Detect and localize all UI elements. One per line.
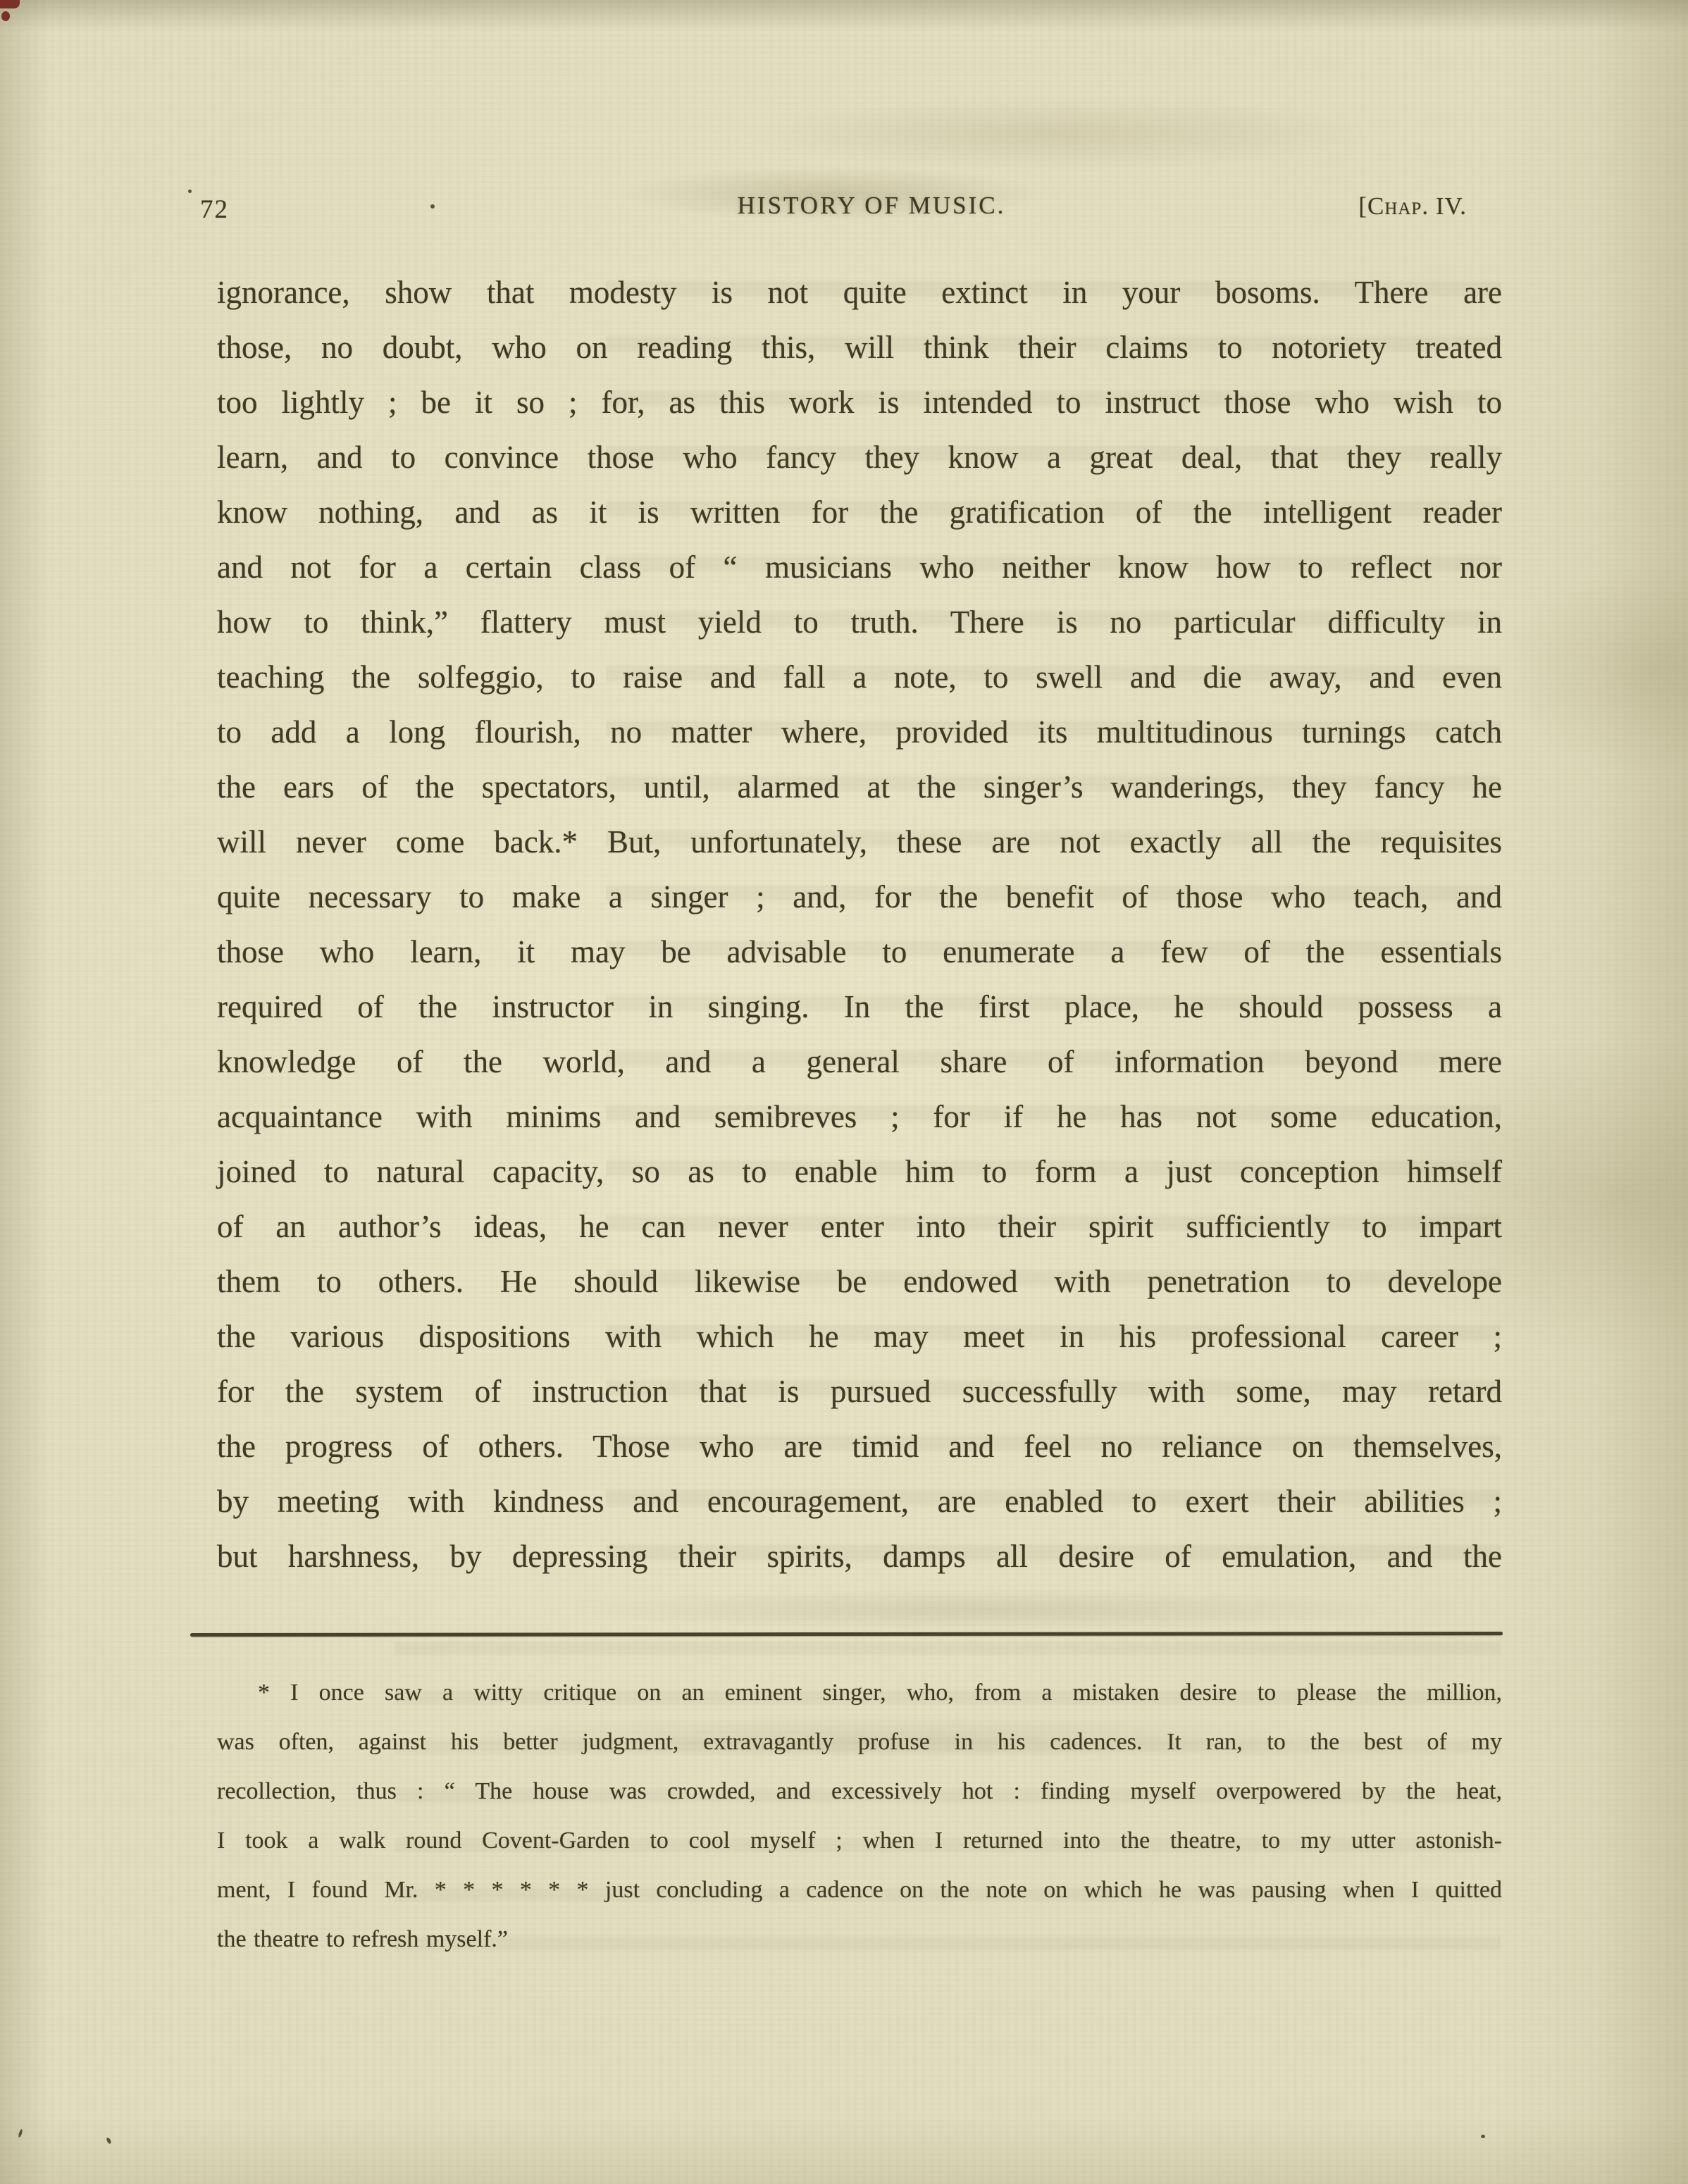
text-line: of an author’s ideas, he can never enter… xyxy=(217,1199,1502,1254)
running-header: 72 HISTORY OF MUSIC. [Chap. IV. xyxy=(0,0,1688,240)
text-line: and not for a certain class of “ musicia… xyxy=(217,540,1502,595)
text-line: too lightly ; be it so ; for, as this wo… xyxy=(217,375,1502,430)
footnote-separator-rule xyxy=(190,1632,1503,1637)
book-page: 72 HISTORY OF MUSIC. [Chap. IV. ignoranc… xyxy=(0,0,1688,2184)
footnote-line: was often, against his better judgment, … xyxy=(217,1718,1502,1767)
text-line: those, no doubt, who on reading this, wi… xyxy=(217,320,1502,375)
text-line: the ears of the spectators, until, alarm… xyxy=(217,759,1502,814)
text-line: how to think,” flattery must yield to tr… xyxy=(217,595,1502,650)
footnote: * I once saw a witty critique on an emin… xyxy=(217,1668,1502,1964)
scan-edge-artifact xyxy=(0,0,20,8)
text-line: those who learn, it may be advisable to … xyxy=(217,924,1502,979)
text-line: for the system of instruction that is pu… xyxy=(217,1364,1502,1419)
footnote-line: ment, I found Mr. * * * * * * just concl… xyxy=(217,1866,1502,1915)
paper-speck xyxy=(188,190,192,193)
text-line: teaching the solfeggio, to raise and fal… xyxy=(217,650,1502,705)
text-line: the various dispositions with which he m… xyxy=(217,1309,1502,1364)
text-line: learn, and to convince those who fancy t… xyxy=(217,430,1502,485)
text-line: the progress of others. Those who are ti… xyxy=(217,1419,1502,1474)
paper-speck xyxy=(18,2129,23,2138)
text-line: by meeting with kindness and encourageme… xyxy=(217,1474,1502,1529)
text-line: quite necessary to make a singer ; and, … xyxy=(217,869,1502,924)
text-line: required of the instructor in singing. I… xyxy=(217,979,1502,1034)
footnote-line: recollection, thus : “ The house was cro… xyxy=(217,1767,1502,1816)
paper-speck xyxy=(1481,2135,1485,2138)
paper-speck xyxy=(430,204,435,209)
text-line: them to others. He should likewise be en… xyxy=(217,1254,1502,1309)
body-text: ignorance, show that modesty is not quit… xyxy=(217,265,1502,1584)
text-line: will never come back.* But, unfortunatel… xyxy=(217,814,1502,869)
chapter-label: [Chap. IV. xyxy=(1358,192,1467,221)
text-line: but harshness, by depressing their spiri… xyxy=(217,1529,1502,1584)
text-line: ignorance, show that modesty is not quit… xyxy=(217,265,1502,320)
footnote-line: I took a walk round Covent-Garden to coo… xyxy=(217,1816,1502,1866)
footnote-line: the theatre to refresh myself.” xyxy=(217,1915,1502,1964)
text-line: joined to natural capacity, so as to ena… xyxy=(217,1144,1502,1199)
text-line: to add a long flourish, no matter where,… xyxy=(217,705,1502,759)
text-line: acquaintance with minims and semibreves … xyxy=(217,1089,1502,1144)
footnote-line: * I once saw a witty critique on an emin… xyxy=(217,1668,1502,1718)
scan-edge-artifact xyxy=(1,11,10,21)
text-line: knowledge of the world, and a general sh… xyxy=(217,1034,1502,1089)
text-line: know nothing, and as it is written for t… xyxy=(217,485,1502,540)
paper-speck xyxy=(106,2137,111,2144)
